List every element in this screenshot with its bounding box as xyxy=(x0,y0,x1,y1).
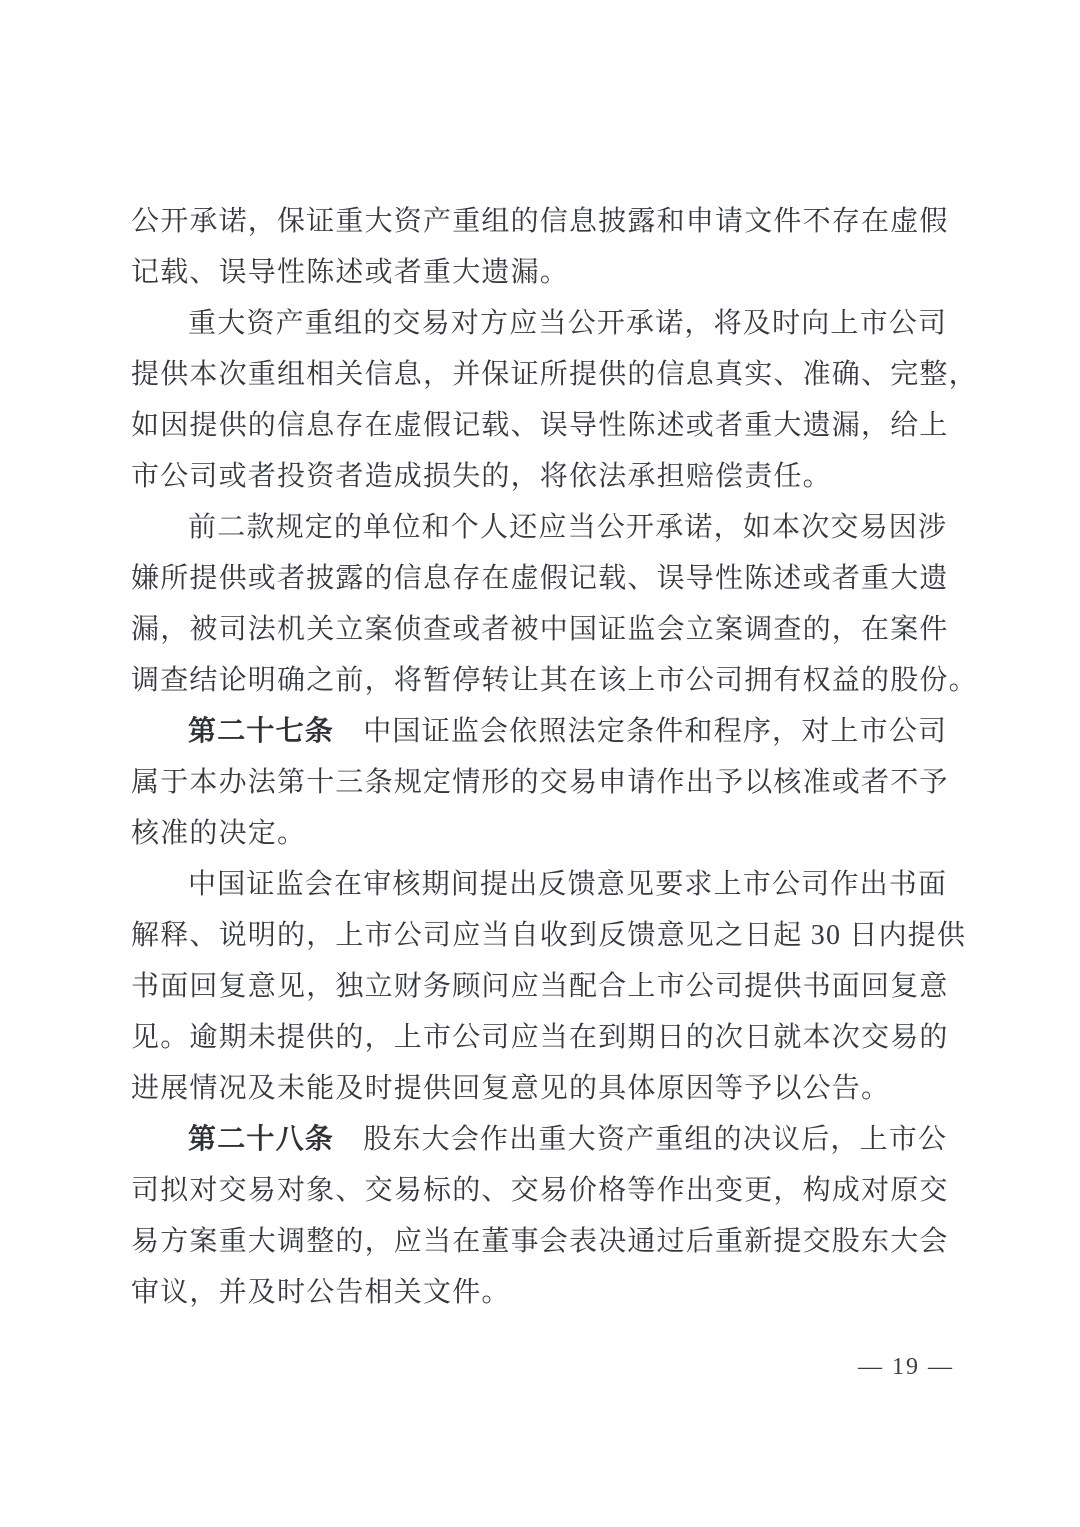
text-line: 提供本次重组相关信息，并保证所提供的信息真实、准确、完整， xyxy=(131,349,953,400)
paragraph: 中国证监会在审核期间提出反馈意见要求上市公司作出书面 解释、说明的，上市公司应当… xyxy=(131,859,953,1114)
text-line: 中国证监会在审核期间提出反馈意见要求上市公司作出书面 xyxy=(131,859,953,910)
article-number: 第二十八条 xyxy=(188,1124,334,1155)
text-line: 如因提供的信息存在虚假记载、误导性陈述或者重大遗漏，给上 xyxy=(131,400,953,451)
text-line: 第二十八条 股东大会作出重大资产重组的决议后，上市公 xyxy=(131,1114,953,1165)
paragraph: 重大资产重组的交易对方应当公开承诺，将及时向上市公司 提供本次重组相关信息，并保… xyxy=(131,298,953,502)
paragraph-article-28: 第二十八条 股东大会作出重大资产重组的决议后，上市公 司拟对交易对象、交易标的、… xyxy=(131,1114,953,1318)
text-line: 审议，并及时公告相关文件。 xyxy=(131,1267,953,1318)
paragraph: 公开承诺，保证重大资产重组的信息披露和申请文件不存在虚假 记载、误导性陈述或者重… xyxy=(131,196,953,298)
text-line: 进展情况及未能及时提供回复意见的具体原因等予以公告。 xyxy=(131,1063,953,1114)
paragraph-article-27: 第二十七条 中国证监会依照法定条件和程序，对上市公司 属于本办法第十三条规定情形… xyxy=(131,706,953,859)
text-line: 市公司或者投资者造成损失的，将依法承担赔偿责任。 xyxy=(131,451,953,502)
article-number: 第二十七条 xyxy=(188,716,334,747)
text-line: 解释、说明的，上市公司应当自收到反馈意见之日起 30 日内提供 xyxy=(131,910,953,961)
text-line: 第二十七条 中国证监会依照法定条件和程序，对上市公司 xyxy=(131,706,953,757)
text-line: 核准的决定。 xyxy=(131,808,953,859)
document-page: 公开承诺，保证重大资产重组的信息披露和申请文件不存在虚假 记载、误导性陈述或者重… xyxy=(0,0,1080,1527)
text-line: 公开承诺，保证重大资产重组的信息披露和申请文件不存在虚假 xyxy=(131,196,953,247)
article-lead-text: 股东大会作出重大资产重组的决议后，上市公 xyxy=(334,1124,947,1155)
text-line: 记载、误导性陈述或者重大遗漏。 xyxy=(131,247,953,298)
text-line: 见。逾期未提供的，上市公司应当在到期日的次日就本次交易的 xyxy=(131,1012,953,1063)
document-body: 公开承诺，保证重大资产重组的信息披露和申请文件不存在虚假 记载、误导性陈述或者重… xyxy=(131,196,953,1318)
text-line: 调查结论明确之前，将暂停转让其在该上市公司拥有权益的股份。 xyxy=(131,655,953,706)
text-line: 漏，被司法机关立案侦查或者被中国证监会立案调查的，在案件 xyxy=(131,604,953,655)
text-line: 属于本办法第十三条规定情形的交易申请作出予以核准或者不予 xyxy=(131,757,953,808)
article-lead-text: 中国证监会依照法定条件和程序，对上市公司 xyxy=(334,716,947,747)
text-line: 司拟对交易对象、交易标的、交易价格等作出变更，构成对原交 xyxy=(131,1165,953,1216)
text-line: 重大资产重组的交易对方应当公开承诺，将及时向上市公司 xyxy=(131,298,953,349)
text-line: 易方案重大调整的，应当在董事会表决通过后重新提交股东大会 xyxy=(131,1216,953,1267)
text-line: 前二款规定的单位和个人还应当公开承诺，如本次交易因涉 xyxy=(131,502,953,553)
text-line: 嫌所提供或者披露的信息存在虚假记载、误导性陈述或者重大遗 xyxy=(131,553,953,604)
text-line: 书面回复意见，独立财务顾问应当配合上市公司提供书面回复意 xyxy=(131,961,953,1012)
paragraph: 前二款规定的单位和个人还应当公开承诺，如本次交易因涉 嫌所提供或者披露的信息存在… xyxy=(131,502,953,706)
page-number: — 19 — xyxy=(858,1352,954,1382)
